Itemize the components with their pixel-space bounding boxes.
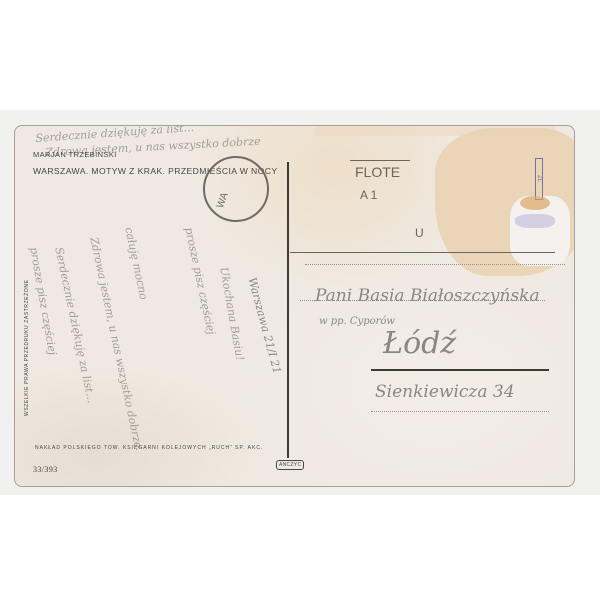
postmark-icon: WA [203, 156, 269, 222]
center-divider [287, 162, 289, 458]
address-line-street [371, 411, 549, 413]
maker-mark: ANCZYC [276, 460, 304, 470]
cancel-text-line2: A 1 [360, 188, 377, 202]
recipient-name: Pani Basia Białoszczyńska [315, 286, 540, 306]
postcard: Serdecznie dziękuję za list... Zdrowa je… [14, 125, 575, 487]
cancel-text-line3: U [415, 226, 424, 240]
publisher-line: NAKŁAD POLSKIEGO TOW. KSIĘGARNI KOLEJOWY… [35, 445, 263, 451]
rust-stain [520, 196, 550, 210]
violet-ink-smear [515, 214, 555, 228]
artist-name: MARJAN TRZEBIŃSKI [33, 150, 117, 159]
rights-notice: WSZELKIE PRAWA PRZEDRUKU ZASTRZEŻONE [24, 279, 30, 416]
catalog-number: 33/393 [33, 465, 58, 474]
recipient-street: Sienkiewicza 34 [375, 382, 515, 402]
stamp-overprint: ZŁ [535, 158, 543, 200]
postmark-text: WA [215, 191, 231, 210]
stamp-box-line [305, 264, 565, 266]
address-line-city [371, 369, 549, 372]
cancel-bar-bottom [290, 252, 555, 253]
cancel-bar [350, 160, 410, 161]
recipient-city: Łódź [383, 326, 456, 361]
cancel-text: FLOTE [355, 164, 400, 180]
